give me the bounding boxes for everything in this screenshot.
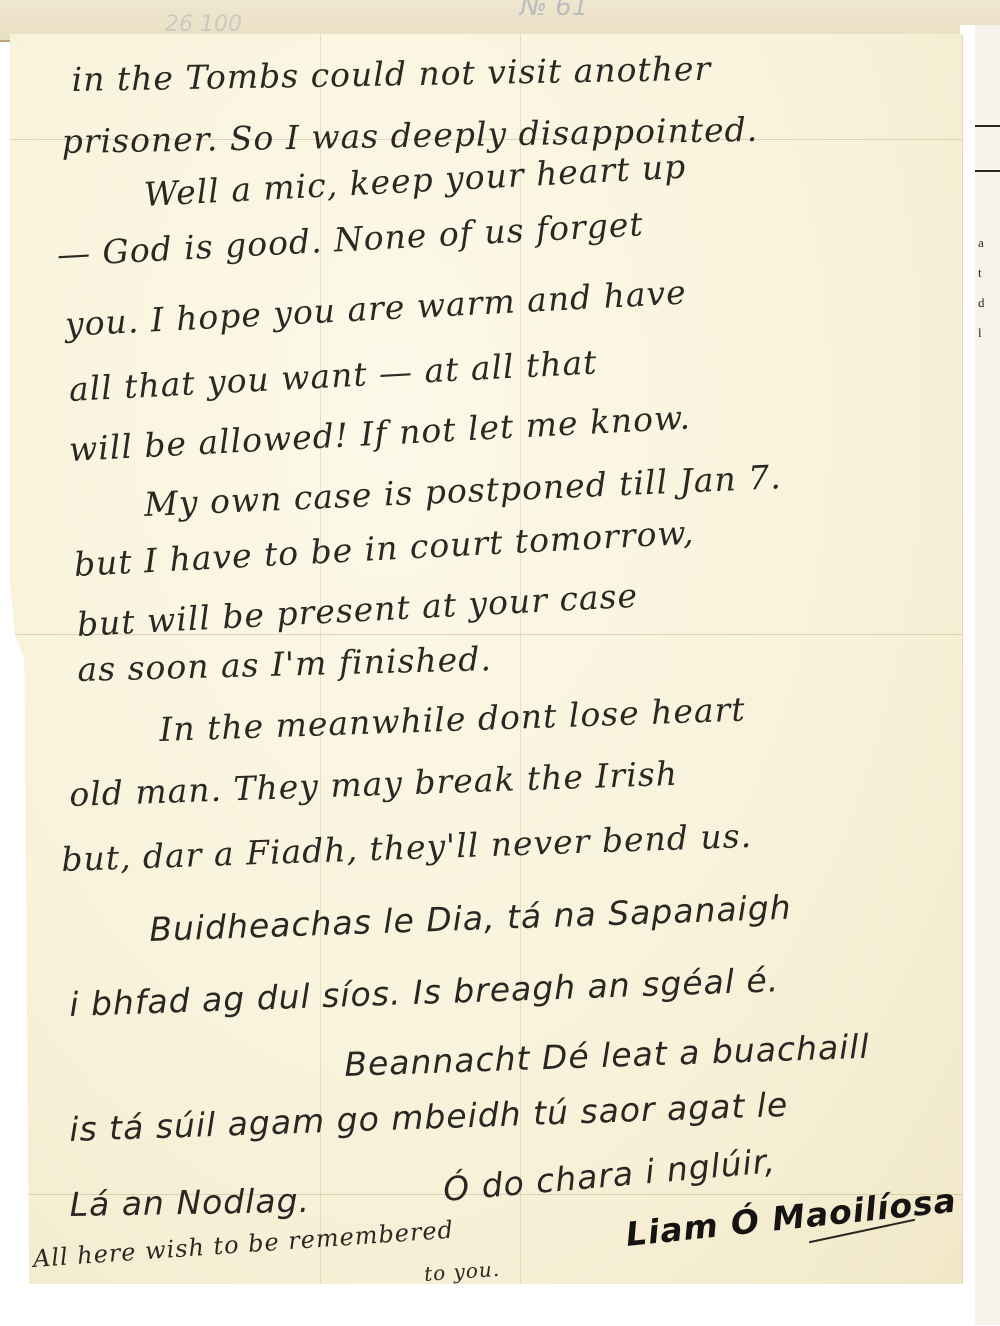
- pencil-mark-faint: 26 100: [165, 12, 242, 37]
- pencil-mark-catalog: № 61: [520, 0, 588, 22]
- adjacent-text-fragment: l: [978, 325, 982, 341]
- adjacent-text-fragment: t: [978, 265, 982, 281]
- adjacent-text-fragment: d: [978, 295, 985, 311]
- letter-line-irish: Lá an Nodlag.: [69, 1181, 310, 1224]
- adjacent-text-fragment: a: [978, 235, 984, 251]
- adjacent-printed-page: a t d l: [975, 25, 1000, 1325]
